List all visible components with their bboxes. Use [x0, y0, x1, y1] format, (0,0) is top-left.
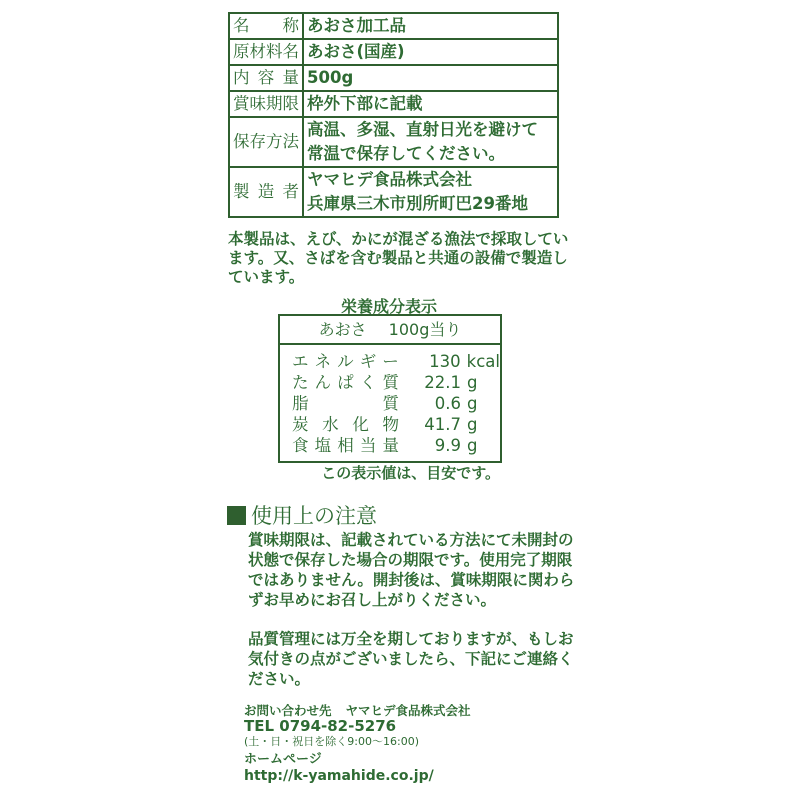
nutrient-value: 22.1	[399, 372, 461, 393]
label-row-name: 名 称 あおさ加工品	[229, 13, 558, 39]
nutrition-table: あおさ100g当り エネルギー 130 kcal たんぱく質 22.1 g 脂 …	[278, 314, 502, 463]
label-value-line: 兵庫県三木市別所町巴29番地	[307, 192, 554, 216]
label-key: 原材料名	[229, 39, 303, 65]
label-row-best-before: 賞味期限 枠外下部に記載	[229, 91, 558, 117]
label-key: 賞味期限	[229, 91, 303, 117]
nutrient-name: 炭水化物	[292, 414, 399, 435]
product-label-table: 名 称 あおさ加工品 原材料名 あおさ(国産) 内 容 量 500g 賞味期限 …	[228, 12, 559, 218]
caution-body: 賞味期限は、記載されている方法にて未開封の状態で保存した場合の期限です。使用完了…	[248, 530, 583, 708]
label-row-ingredients: 原材料名 あおさ(国産)	[229, 39, 558, 65]
nutrient-name: たんぱく質	[292, 372, 399, 393]
nutrient-unit: g	[461, 393, 477, 414]
label-key: 保存方法	[229, 117, 303, 167]
nutrition-row-protein: たんぱく質 22.1 g	[292, 372, 500, 393]
nutrition-row-energy: エネルギー 130 kcal	[292, 351, 500, 372]
label-value-line: 常温で保存してください。	[307, 142, 554, 166]
label-key: 名 称	[229, 13, 303, 39]
caution-title: 使用上の注意	[251, 500, 377, 530]
square-bullet-icon	[227, 506, 246, 525]
contact-tel: TEL 0794-82-5276	[244, 718, 471, 735]
contact-hours: (土・日・祝日を除く9:00〜16:00)	[244, 735, 471, 749]
label-row-manufacturer: 製 造 者 ヤマヒデ食品株式会社 兵庫県三木市別所町巴29番地	[229, 167, 558, 217]
contact-label: お問い合わせ先	[244, 703, 332, 718]
label-row-content: 内 容 量 500g	[229, 65, 558, 91]
label-key: 内 容 量	[229, 65, 303, 91]
caution-paragraph: 品質管理には万全を期しておりますが、もしお気付きの点がございましたら、下記にご連…	[248, 629, 583, 689]
allergen-notice: 本製品は、えび、かにが混ざる漁法で採取しています。又、さばを含む製品と共通の設備…	[228, 230, 573, 287]
label-row-storage: 保存方法 高温、多湿、直射日光を避けて 常温で保存してください。	[229, 117, 558, 167]
label-key: 製 造 者	[229, 167, 303, 217]
nutrient-value: 130	[399, 351, 461, 372]
nutrient-value: 0.6	[399, 393, 461, 414]
caution-heading: 使用上の注意	[227, 500, 377, 530]
label-value: 500g	[303, 65, 558, 91]
nutrition-note: この表示値は、目安です。	[278, 462, 500, 483]
label-value: あおさ加工品	[303, 13, 558, 39]
nutrition-row-salt: 食塩相当量 9.9 g	[292, 435, 500, 456]
nutrition-header-basis: 100g当り	[389, 320, 462, 339]
label-value: 高温、多湿、直射日光を避けて 常温で保存してください。	[303, 117, 558, 167]
nutrient-value: 41.7	[399, 414, 461, 435]
nutrient-unit: kcal	[461, 351, 500, 372]
nutrient-value: 9.9	[399, 435, 461, 456]
nutrient-unit: g	[461, 414, 477, 435]
nutrient-name: 食塩相当量	[292, 435, 399, 456]
nutrient-name: 脂 質	[292, 393, 399, 414]
label-value: あおさ(国産)	[303, 39, 558, 65]
label-value: 枠外下部に記載	[303, 91, 558, 117]
contact-company: ヤマヒデ食品株式会社	[346, 703, 471, 718]
homepage-label: ホームページ	[244, 752, 471, 768]
nutrient-name: エネルギー	[292, 351, 399, 372]
caution-paragraph: 賞味期限は、記載されている方法にて未開封の状態で保存した場合の期限です。使用完了…	[248, 530, 583, 610]
nutrition-row-fat: 脂 質 0.6 g	[292, 393, 500, 414]
homepage-url[interactable]: http://k-yamahide.co.jp/	[244, 768, 471, 784]
contact-info: お問い合わせ先ヤマヒデ食品株式会社 TEL 0794-82-5276 (土・日・…	[244, 703, 471, 784]
nutrition-header: あおさ100g当り	[280, 316, 500, 345]
nutrient-unit: g	[461, 372, 477, 393]
label-value: ヤマヒデ食品株式会社 兵庫県三木市別所町巴29番地	[303, 167, 558, 217]
nutrition-row-carbohydrate: 炭水化物 41.7 g	[292, 414, 500, 435]
nutrition-header-item: あおさ	[319, 320, 367, 339]
label-value-line: ヤマヒデ食品株式会社	[307, 168, 554, 192]
nutrient-unit: g	[461, 435, 477, 456]
label-value-line: 高温、多湿、直射日光を避けて	[307, 118, 554, 142]
